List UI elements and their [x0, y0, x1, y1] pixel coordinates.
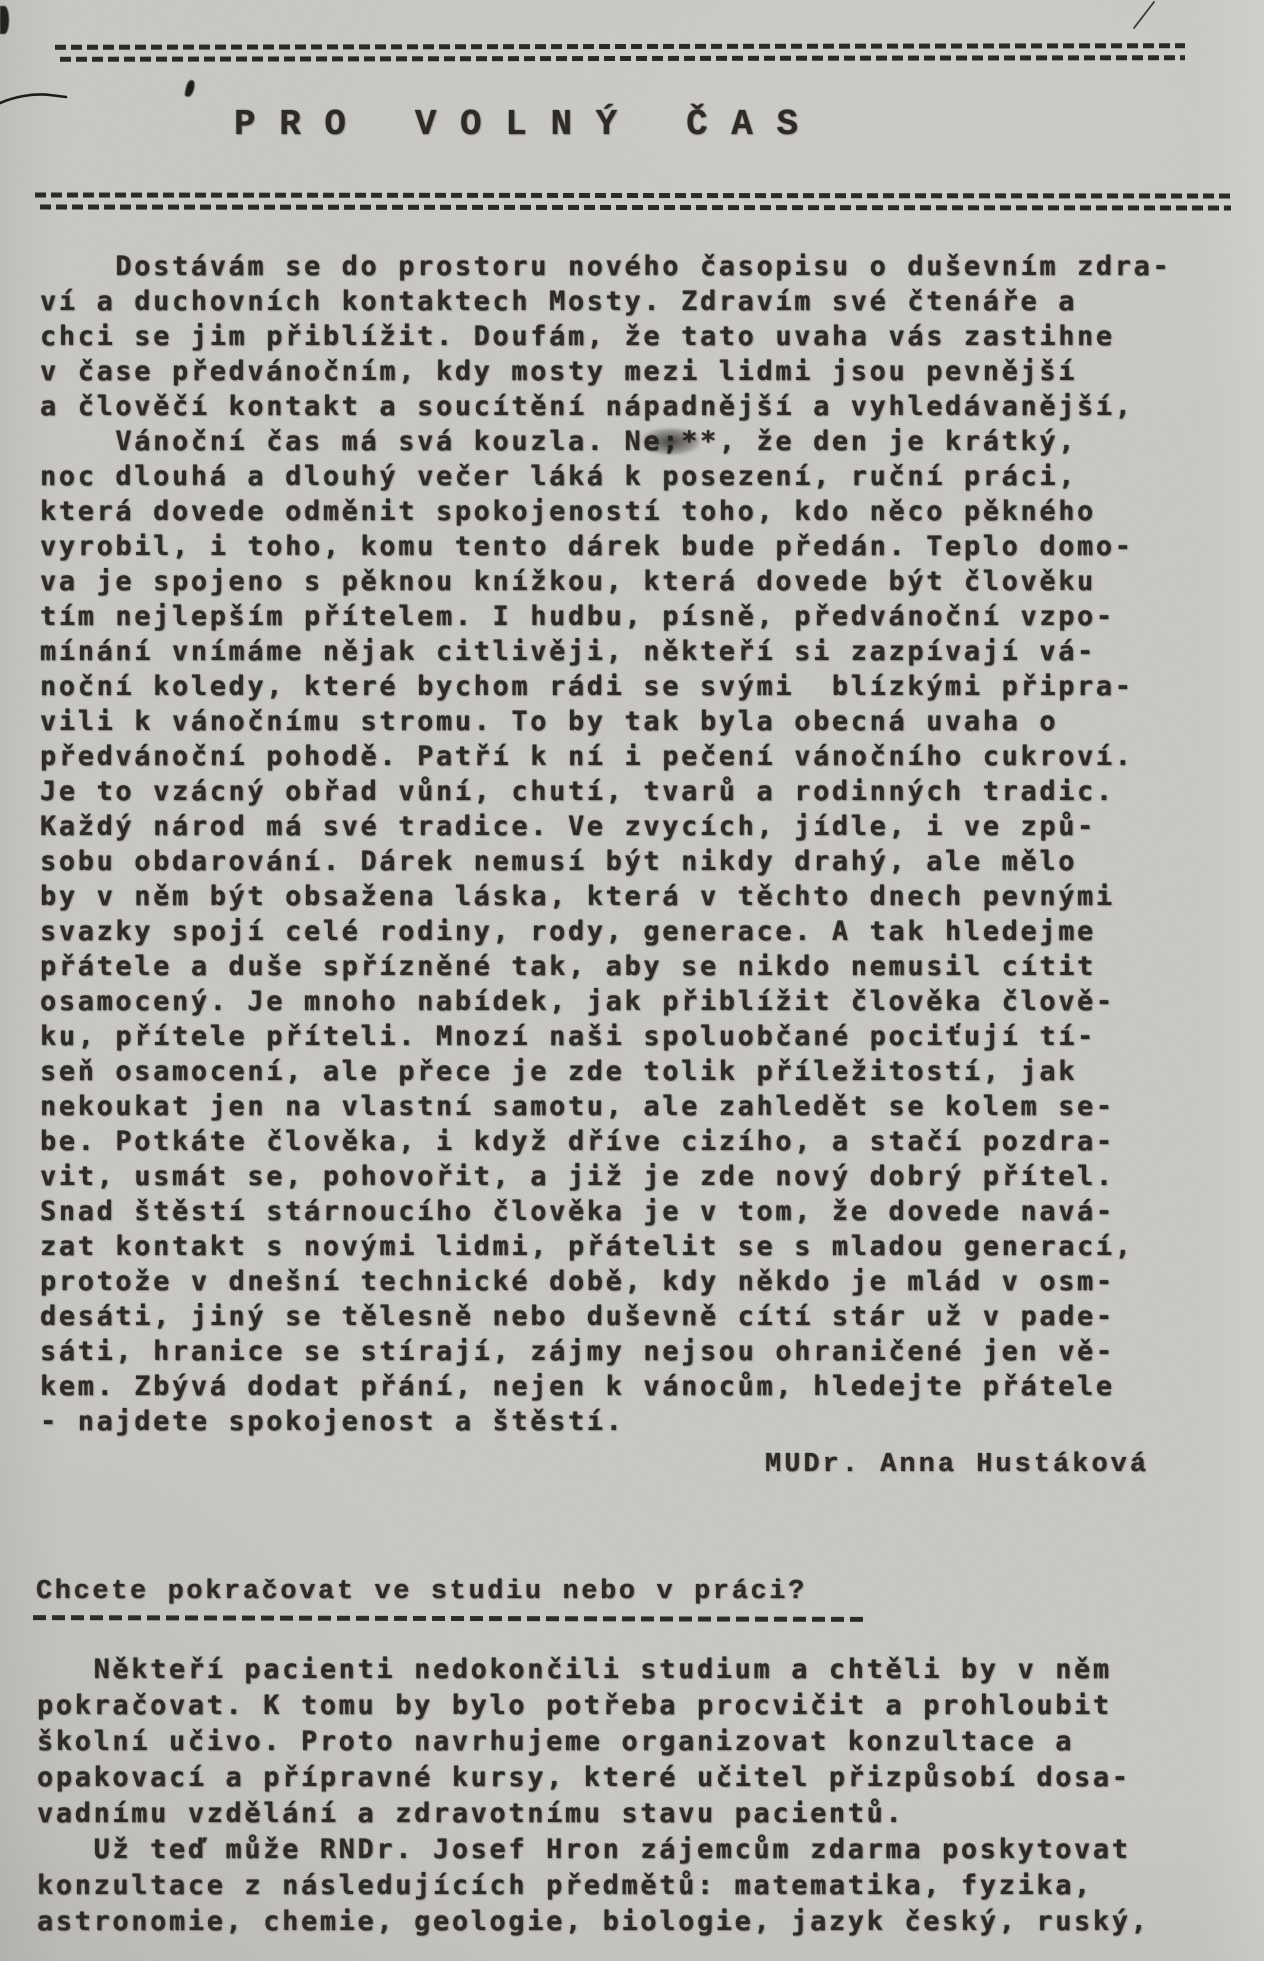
- ink-smudge: [642, 428, 700, 455]
- scanned-document-page: P R O V O L N Ý Č A S Dostávám se do pro…: [0, 0, 1264, 1961]
- page-title: P R O V O L N Ý Č A S: [234, 104, 799, 146]
- scan-scratch-mark: [1118, 0, 1162, 30]
- dashed-divider-top: [55, 43, 1185, 63]
- edge-ink-blob: [0, 6, 9, 34]
- dashed-divider-under-title: [35, 192, 1231, 211]
- stray-apostrophe-mark: [184, 79, 196, 97]
- article-signature: MUDr. Anna Hustáková: [765, 1450, 1149, 1480]
- pen-stroke-mark: [0, 86, 72, 112]
- article-body: Dostávám se do prostoru nového časopisu …: [40, 249, 1171, 1439]
- section-heading: Chcete pokračovat ve studiu nebo v práci…: [36, 1577, 807, 1607]
- section-body: Někteří pacienti nedokončili studium a c…: [37, 1652, 1149, 1940]
- section-heading-underline: [33, 1615, 865, 1623]
